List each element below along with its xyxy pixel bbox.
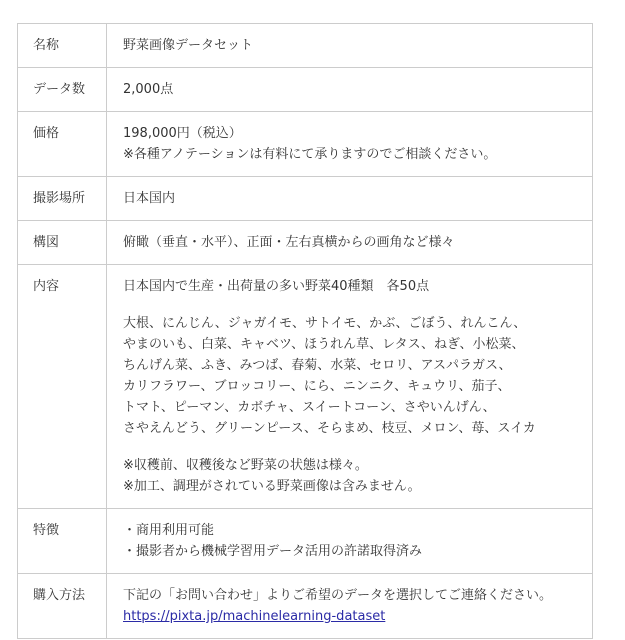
table-row-features: 特徴 ・商用利用可能 ・撮影者から機械学習用データ活用の許諾取得済み <box>18 509 592 574</box>
value-line: 198,000円（税込） <box>123 123 576 144</box>
value-line: ・撮影者から機械学習用データ活用の許諾取得済み <box>123 541 576 562</box>
blank-line <box>123 297 576 313</box>
row-value-contents: 日本国内で生産・出荷量の多い野菜40種類 各50点 大根、にんじん、ジャガイモ、… <box>107 265 592 508</box>
table-row-composition: 構図 俯瞰（垂直・水平）、正面・左右真横からの画角など様々 <box>18 221 592 265</box>
value-line: 日本国内で生産・出荷量の多い野菜40種類 各50点 <box>123 276 576 297</box>
table-row-contents: 内容 日本国内で生産・出荷量の多い野菜40種類 各50点 大根、にんじん、ジャガ… <box>18 265 592 509</box>
value-line: 下記の「お問い合わせ」よりご希望のデータを選択してご連絡ください。 <box>123 585 576 606</box>
row-value-composition: 俯瞰（垂直・水平）、正面・左右真横からの画角など様々 <box>107 221 592 264</box>
table-row-purchase: 購入方法 下記の「お問い合わせ」よりご希望のデータを選択してご連絡ください。 h… <box>18 574 592 639</box>
row-label-purchase: 購入方法 <box>18 574 107 638</box>
table-row-price: 価格 198,000円（税込） ※各種アノテーションは有料にて承りますのでご相談… <box>18 112 592 177</box>
row-value-location: 日本国内 <box>107 177 592 220</box>
purchase-link[interactable]: https://pixta.jp/machinelearning-dataset <box>123 606 385 627</box>
value-line: やまのいも、白菜、キャベツ、ほうれん草、レタス、ねぎ、小松菜、 <box>123 334 576 355</box>
value-line: ※各種アノテーションは有料にて承りますのでご相談ください。 <box>123 144 576 165</box>
purchase-link-line: https://pixta.jp/machinelearning-dataset <box>123 606 576 627</box>
value-line: ※収穫前、収穫後など野菜の状態は様々。 <box>123 455 576 476</box>
value-line: さやえんどう、グリーンピース、そらまめ、枝豆、メロン、苺、スイカ <box>123 418 576 439</box>
value-line: 野菜画像データセット <box>123 35 576 56</box>
table-row-data-count: データ数 2,000点 <box>18 68 592 112</box>
row-label-data-count: データ数 <box>18 68 107 111</box>
row-value-purchase: 下記の「お問い合わせ」よりご希望のデータを選択してご連絡ください。 https:… <box>107 574 592 638</box>
row-value-name: 野菜画像データセット <box>107 24 592 67</box>
row-label-price: 価格 <box>18 112 107 176</box>
value-line: トマト、ピーマン、カボチャ、スイートコーン、さやいんげん、 <box>123 397 576 418</box>
value-line: ちんげん菜、ふき、みつば、春菊、水菜、セロリ、アスパラガス、 <box>123 355 576 376</box>
value-line: ・商用利用可能 <box>123 520 576 541</box>
value-line: ※加工、調理がされている野菜画像は含みません。 <box>123 476 576 497</box>
row-label-composition: 構図 <box>18 221 107 264</box>
value-line: 日本国内 <box>123 188 576 209</box>
value-line: 俯瞰（垂直・水平）、正面・左右真横からの画角など様々 <box>123 232 576 253</box>
value-line: 大根、にんじん、ジャガイモ、サトイモ、かぶ、ごぼう、れんこん、 <box>123 313 576 334</box>
row-label-features: 特徴 <box>18 509 107 573</box>
table-row-location: 撮影場所 日本国内 <box>18 177 592 221</box>
value-line: カリフラワー、ブロッコリー、にら、ニンニク、キュウリ、茄子、 <box>123 376 576 397</box>
table-row-name: 名称 野菜画像データセット <box>18 24 592 68</box>
row-label-contents: 内容 <box>18 265 107 508</box>
dataset-spec-table: 名称 野菜画像データセット データ数 2,000点 価格 198,000円（税込… <box>17 23 593 639</box>
blank-line <box>123 439 576 455</box>
row-value-features: ・商用利用可能 ・撮影者から機械学習用データ活用の許諾取得済み <box>107 509 592 573</box>
value-line: 2,000点 <box>123 79 576 100</box>
row-label-name: 名称 <box>18 24 107 67</box>
row-value-data-count: 2,000点 <box>107 68 592 111</box>
row-value-price: 198,000円（税込） ※各種アノテーションは有料にて承りますのでご相談くださ… <box>107 112 592 176</box>
row-label-location: 撮影場所 <box>18 177 107 220</box>
